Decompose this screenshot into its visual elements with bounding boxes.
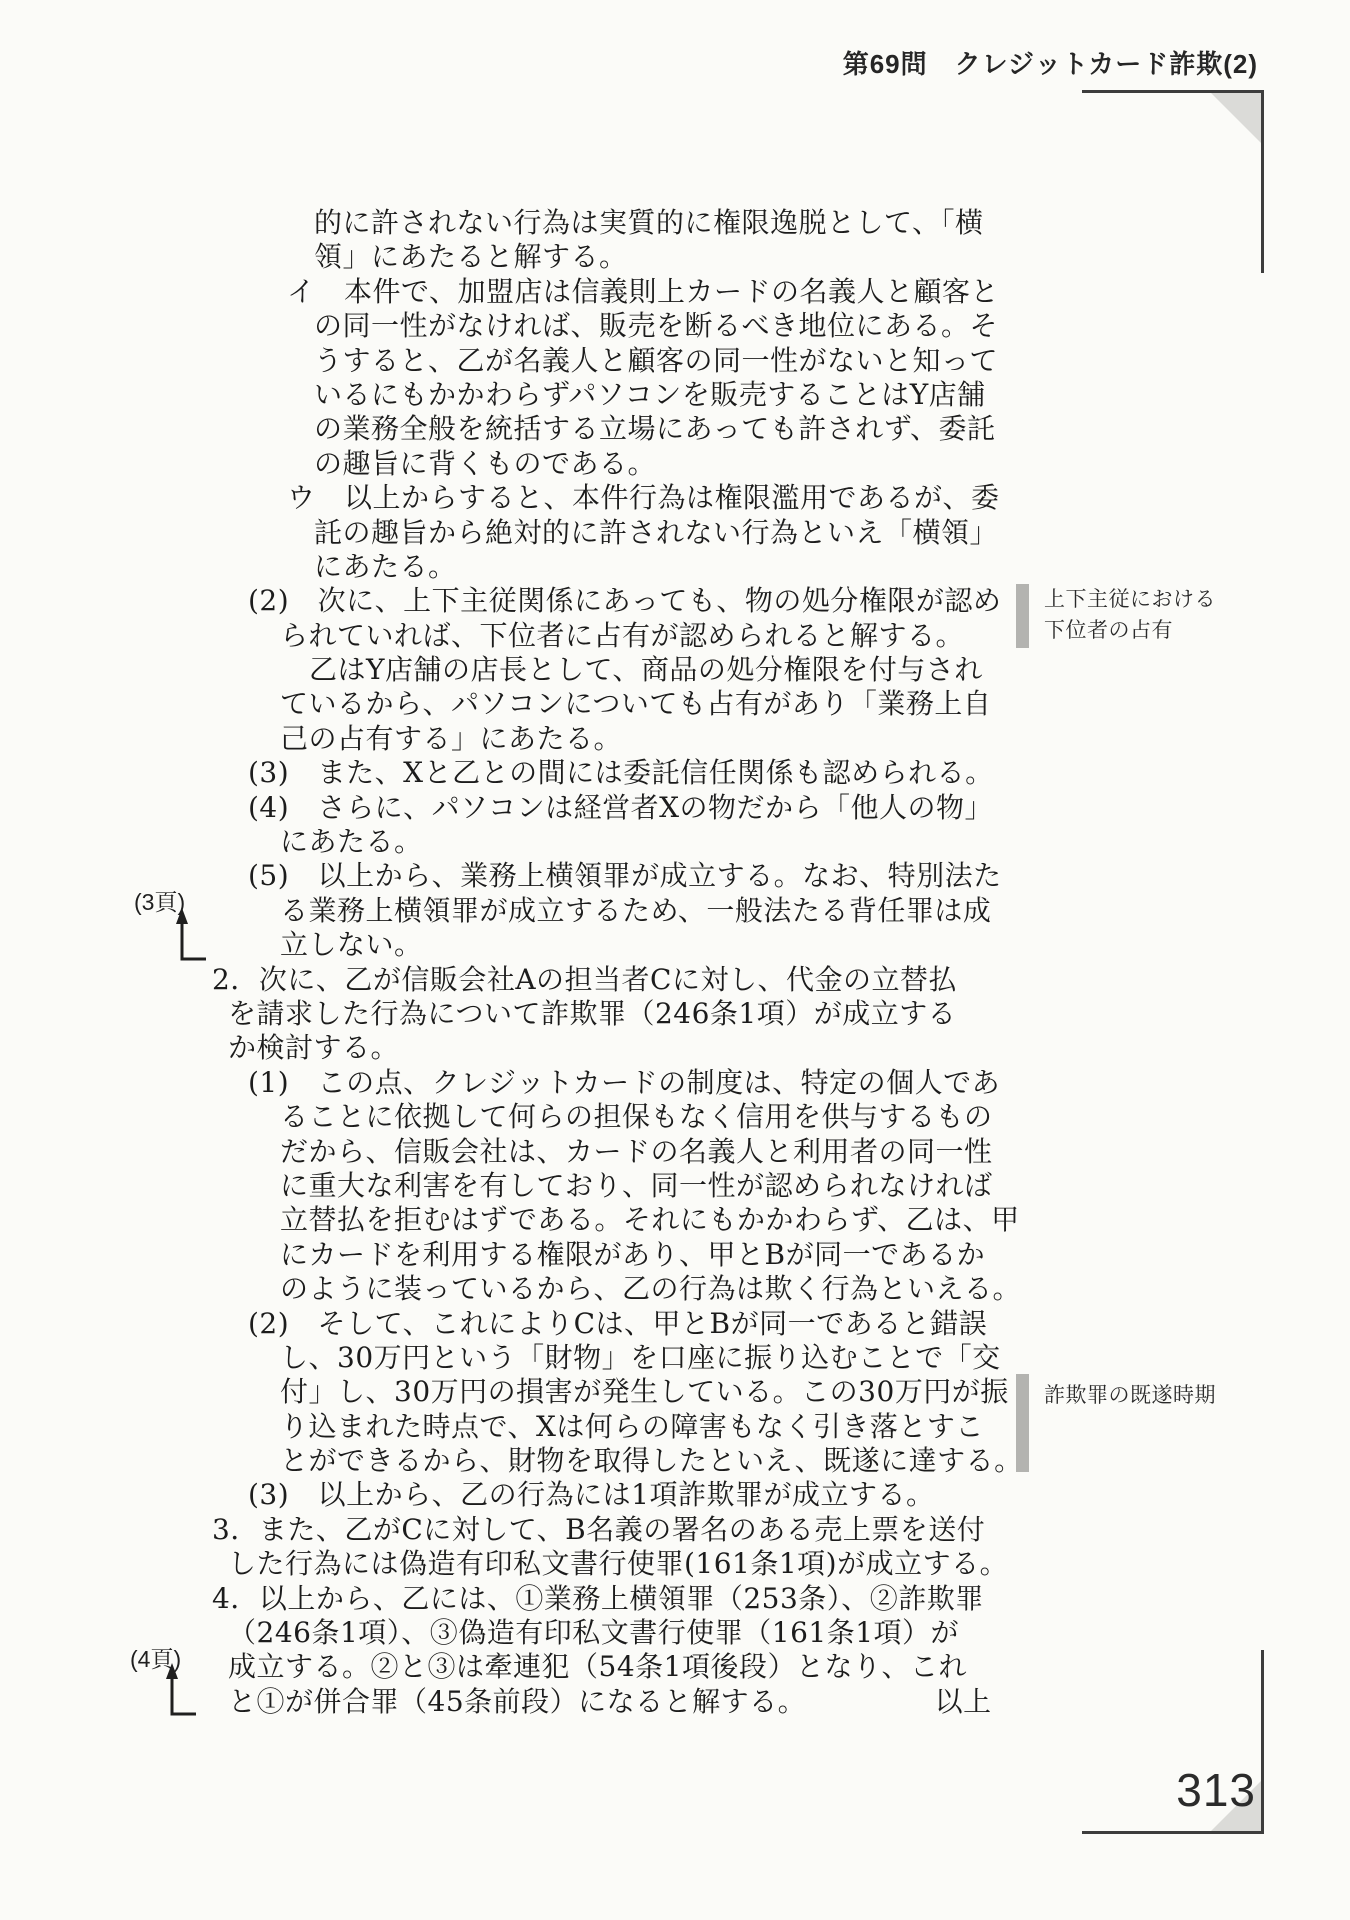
body-line: られていれば、下位者に占有が認められると解する。 [212, 619, 1052, 653]
body-line: 己の占有する」にあたる。 [212, 722, 1052, 756]
body-line: 立替払を拒むはずである。それにもかかわらず、乙は、甲 [212, 1203, 1052, 1237]
body-line: ウ 以上からすると、本件行為は権限濫用であるが、委 [212, 481, 1052, 515]
body-line: ているから、パソコンについても占有があり「業務上自 [212, 687, 1052, 721]
side-note-line: 上下主従における [1044, 584, 1216, 615]
body-line: にあたる。 [212, 550, 1052, 584]
header-corner-line [1261, 90, 1264, 273]
body-line: の業務全般を統括する立場にあっても許されず、委託 [212, 412, 1052, 446]
side-note-bar [1016, 584, 1029, 648]
body-line: （246条1項）、③偽造有印私文書行使罪（161条1項）が [212, 1616, 1052, 1650]
body-line: いるにもかかわらずパソコンを販売することはY店舗 [212, 378, 1052, 412]
body-line: を請求した行為について詐欺罪（246条1項）が成立する [212, 997, 1052, 1031]
up-arrow-icon [158, 1663, 200, 1719]
body-line: だから、信販会社は、カードの名義人と利用者の同一性 [212, 1135, 1052, 1169]
answer-body: 的に許されない行為は実質的に権限逸脱として、「横領」にあたると解する。イ 本件で… [212, 206, 1052, 1719]
body-line: のように装っているから、乙の行為は欺く行為といえる。 [212, 1272, 1052, 1306]
body-line: (5) 以上から、業務上横領罪が成立する。なお、特別法た [212, 859, 1052, 893]
body-line: 乙はY店舗の店長として、商品の処分権限を付与され [212, 653, 1052, 687]
body-line: の同一性がなければ、販売を断るべき地位にある。そ [212, 309, 1052, 343]
side-note-possession: 上下主従における 下位者の占有 [1016, 584, 1216, 646]
corner-triangle-top [1211, 93, 1261, 143]
body-line: (3) また、Xと乙との間には委託信任関係も認められる。 [212, 756, 1052, 790]
body-line: イ 本件で、加盟店は信義則上カードの名義人と顧客と [212, 275, 1052, 309]
body-line: (2) そして、これによりCは、甲とBが同一であると錯誤 [212, 1307, 1052, 1341]
body-line: うすると、乙が名義人と顧客の同一性がないと知って [212, 344, 1052, 378]
page-title: 第69問 クレジットカード詐欺(2) [843, 44, 1258, 81]
footer-corner-line [1261, 1650, 1264, 1834]
body-line: し、30万円という「財物」を口座に振り込むことで「交 [212, 1341, 1052, 1375]
side-note-fraud-completion: 詐欺罪の既遂時期 [1016, 1374, 1216, 1411]
up-arrow-icon [168, 908, 210, 964]
body-line: の趣旨に背くものである。 [212, 447, 1052, 481]
body-line: に重大な利害を有しており、同一性が認められなければ [212, 1169, 1052, 1203]
body-line: り込まれた時点で、Xは何らの障害もなく引き落とすこ [212, 1410, 1052, 1444]
page-number: 313 [1120, 1763, 1256, 1817]
body-line: 4．以上から、乙には、①業務上横領罪（253条）、②詐欺罪 [212, 1582, 1052, 1616]
body-line: 付」し、30万円の損害が発生している。この30万円が振 [212, 1375, 1052, 1409]
body-line: (4) さらに、パソコンは経営者Xの物だから「他人の物」 [212, 791, 1052, 825]
body-line: 3．また、乙がCに対して、B名義の署名のある売上票を送付 [212, 1513, 1052, 1547]
side-note-bar [1016, 1374, 1029, 1472]
body-line: (3) 以上から、乙の行為には1項詐欺罪が成立する。 [212, 1478, 1052, 1512]
header-rule [1082, 90, 1264, 93]
body-line: 2．次に、乙が信販会社Aの担当者Cに対し、代金の立替払 [212, 963, 1052, 997]
body-line: (2) 次に、上下主従関係にあっても、物の処分権限が認め [212, 584, 1052, 618]
body-line: と①が併合罪（45条前段）になると解する。 以上 [212, 1685, 1052, 1719]
body-line: (1) この点、クレジットカードの制度は、特定の個人であ [212, 1066, 1052, 1100]
body-line: した行為には偽造有印私文書行使罪(161条1項)が成立する。 [212, 1547, 1052, 1581]
body-line: る業務上横領罪が成立するため、一般法たる背任罪は成 [212, 894, 1052, 928]
body-line: 立しない。 [212, 928, 1052, 962]
side-note-line: 下位者の占有 [1044, 615, 1216, 646]
side-note-line: 詐欺罪の既遂時期 [1044, 1380, 1216, 1411]
body-line: 的に許されない行為は実質的に権限逸脱として、「横 [212, 206, 1052, 240]
body-line: ることに依拠して何らの担保もなく信用を供与するもの [212, 1100, 1052, 1134]
body-line: にあたる。 [212, 825, 1052, 859]
body-line: か検討する。 [212, 1031, 1052, 1065]
body-line: にカードを利用する権限があり、甲とBが同一であるか [212, 1238, 1052, 1272]
body-line: とができるから、財物を取得したといえ、既遂に達する。 [212, 1444, 1052, 1478]
body-line: 託の趣旨から絶対的に許されない行為といえ「横領」 [212, 516, 1052, 550]
body-line: 成立する。②と③は牽連犯（54条1項後段）となり、これ [212, 1650, 1052, 1684]
book-page: 第69問 クレジットカード詐欺(2) 的に許されない行為は実質的に権限逸脱として… [0, 0, 1350, 1920]
footer-rule [1082, 1831, 1264, 1834]
body-line: 領」にあたると解する。 [212, 240, 1052, 274]
